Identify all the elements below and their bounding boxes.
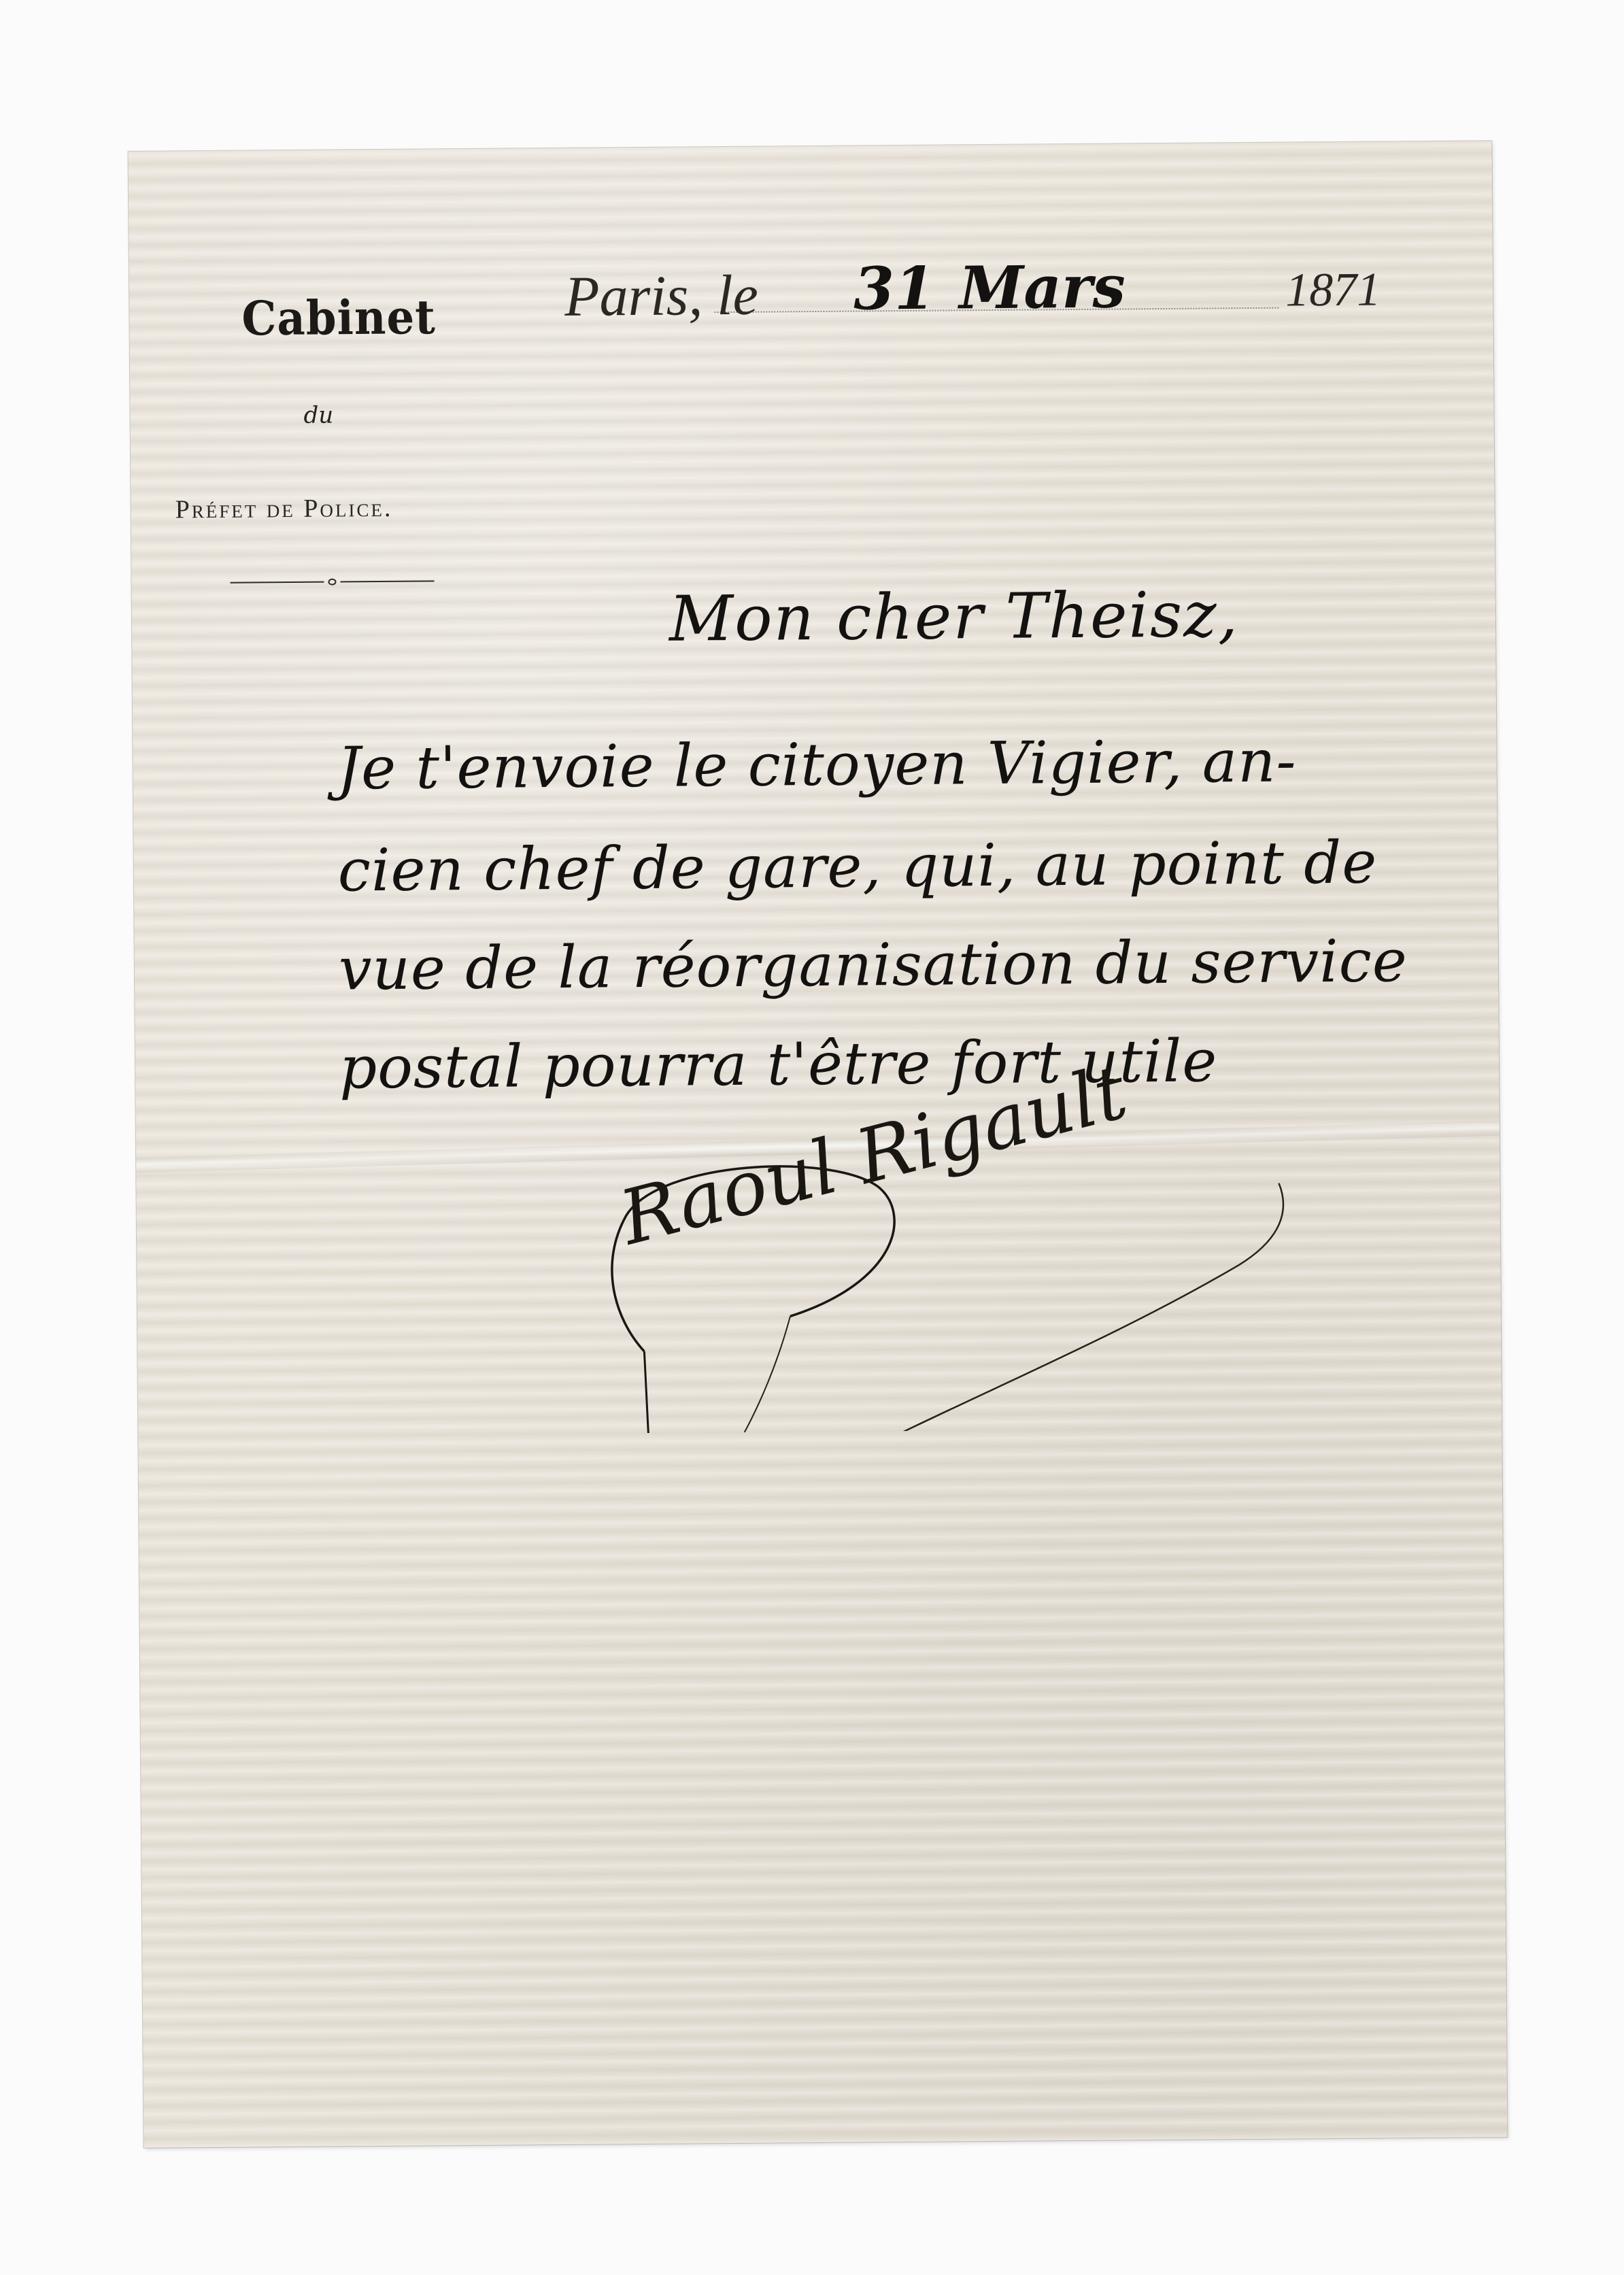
body-line-3: vue de la réorganisation du service	[339, 927, 1408, 1003]
date-year: 1871	[1285, 263, 1381, 318]
date-place: Paris, le	[564, 263, 758, 330]
letterhead-prefet-de-police: Préfet de Police.	[175, 493, 392, 525]
salutation: Mon cher Theisz,	[669, 578, 1240, 656]
rule-line-right	[340, 580, 434, 582]
date-line: Paris, le 31 Mars 1871	[564, 251, 1368, 332]
rule-ornament-icon	[328, 579, 336, 586]
date-month: Mars	[959, 252, 1126, 322]
letterhead-du: du	[303, 402, 333, 429]
signature: Raoul Rigault	[585, 1142, 1335, 1434]
letter-paper: Cabinet du Préfet de Police. Paris, le 3…	[129, 141, 1508, 2148]
letterhead-ornamental-rule	[230, 577, 434, 586]
date-day: 31	[853, 254, 935, 324]
body-line-1: Je t'envoie le citoyen Vigier, an-	[337, 727, 1297, 803]
body-line-2: cien chef de gare, qui, au point de	[337, 829, 1377, 905]
rule-line-left	[230, 582, 324, 584]
letterhead-cabinet: Cabinet	[241, 290, 419, 347]
